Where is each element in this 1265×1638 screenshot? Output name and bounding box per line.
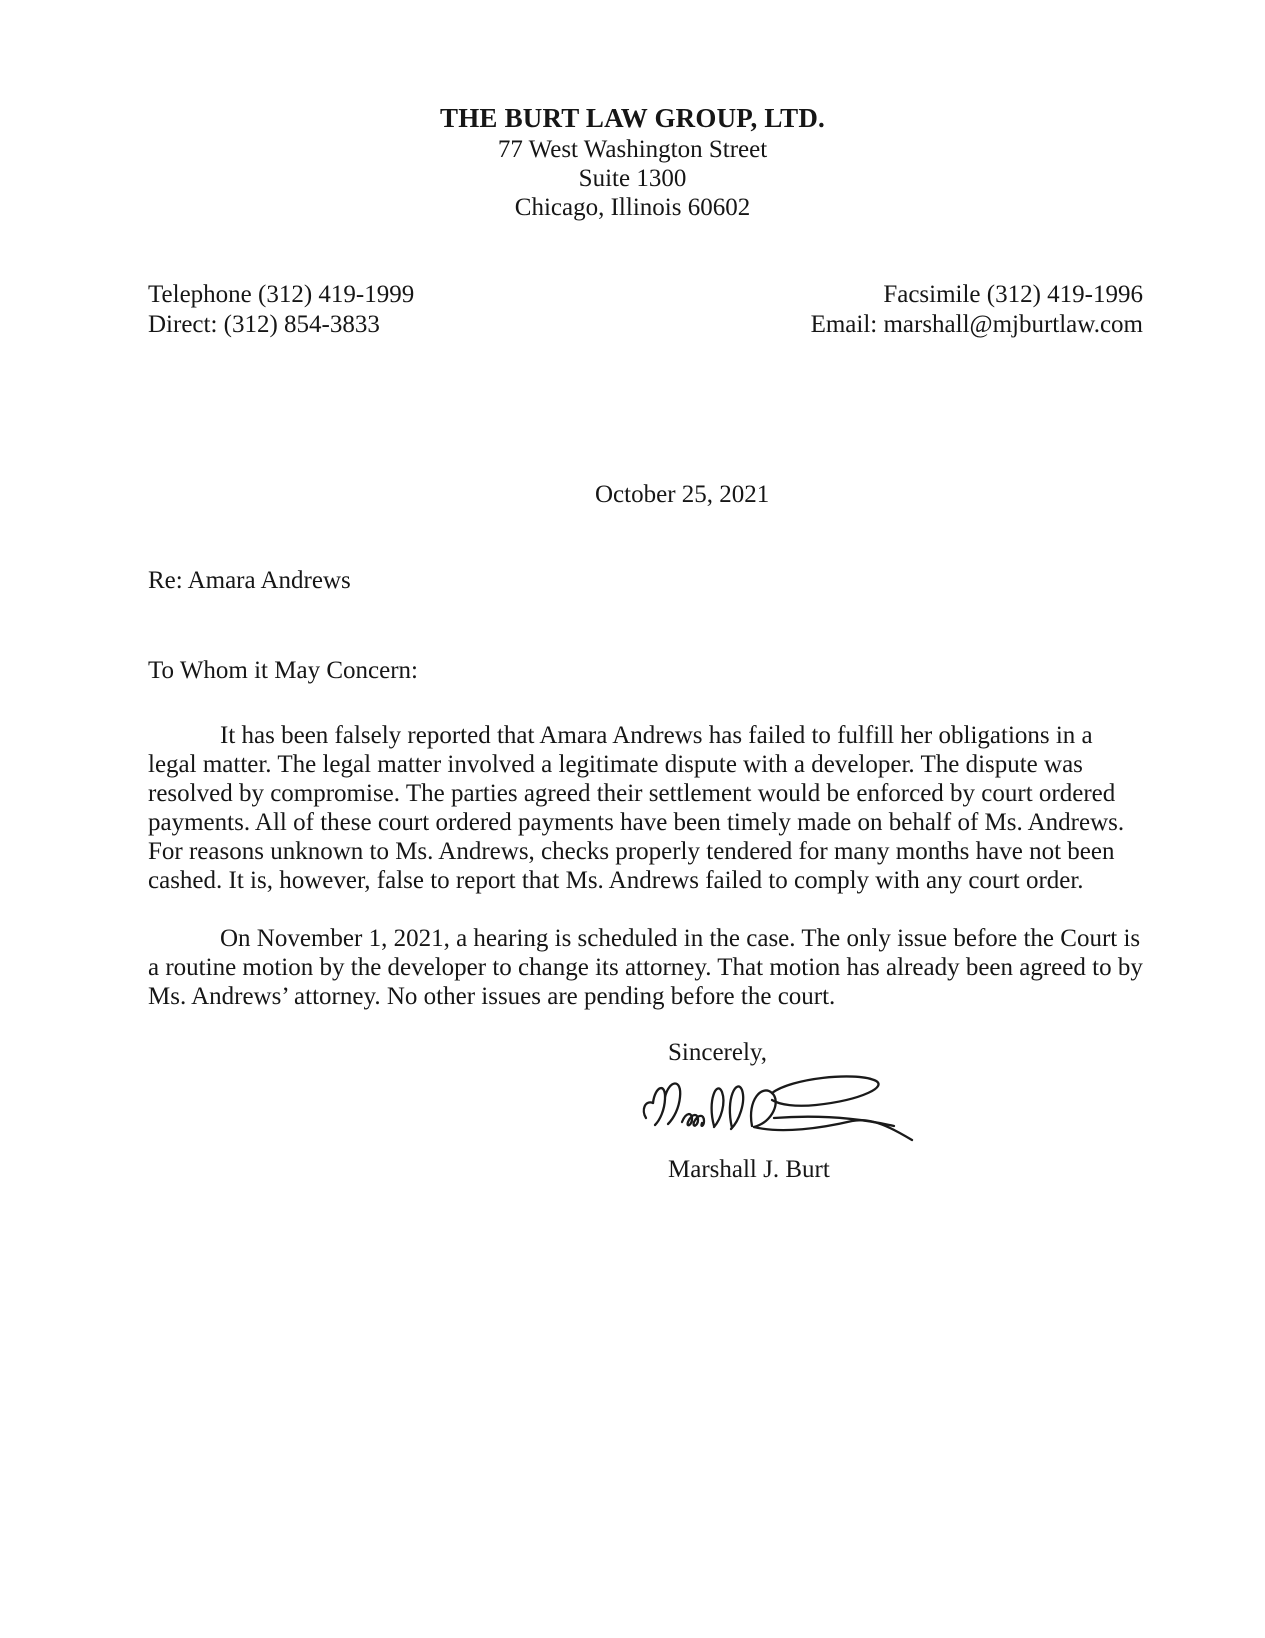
re-line: Re: Amara Andrews <box>148 566 351 595</box>
signature <box>640 1072 920 1150</box>
signature-icon <box>640 1072 920 1150</box>
closing-line: Sincerely, <box>668 1038 767 1067</box>
contact-row: Telephone (312) 419-1999 Direct: (312) 8… <box>148 280 1143 340</box>
email-line: Email: marshall@mjburtlaw.com <box>811 310 1143 340</box>
firm-name: THE BURT LAW GROUP, LTD. <box>0 102 1265 135</box>
direct-line: Direct: (312) 854-3833 <box>148 310 414 340</box>
telephone-line: Telephone (312) 419-1999 <box>148 280 414 310</box>
address-street: 77 West Washington Street <box>0 135 1265 164</box>
body-paragraph-1: It has been falsely reported that Amara … <box>148 721 1143 895</box>
letter-page: THE BURT LAW GROUP, LTD. 77 West Washing… <box>0 0 1265 1638</box>
body-paragraph-2: On November 1, 2021, a hearing is schedu… <box>148 924 1143 1011</box>
facsimile-line: Facsimile (312) 419-1996 <box>811 280 1143 310</box>
letterhead: THE BURT LAW GROUP, LTD. 77 West Washing… <box>0 102 1265 222</box>
address-city: Chicago, Illinois 60602 <box>0 193 1265 222</box>
signer-name: Marshall J. Burt <box>668 1155 830 1184</box>
date-line: October 25, 2021 <box>595 480 769 509</box>
salutation: To Whom it May Concern: <box>148 656 418 685</box>
address-suite: Suite 1300 <box>0 164 1265 193</box>
contact-right: Facsimile (312) 419-1996 Email: marshall… <box>811 280 1143 340</box>
contact-left: Telephone (312) 419-1999 Direct: (312) 8… <box>148 280 414 340</box>
